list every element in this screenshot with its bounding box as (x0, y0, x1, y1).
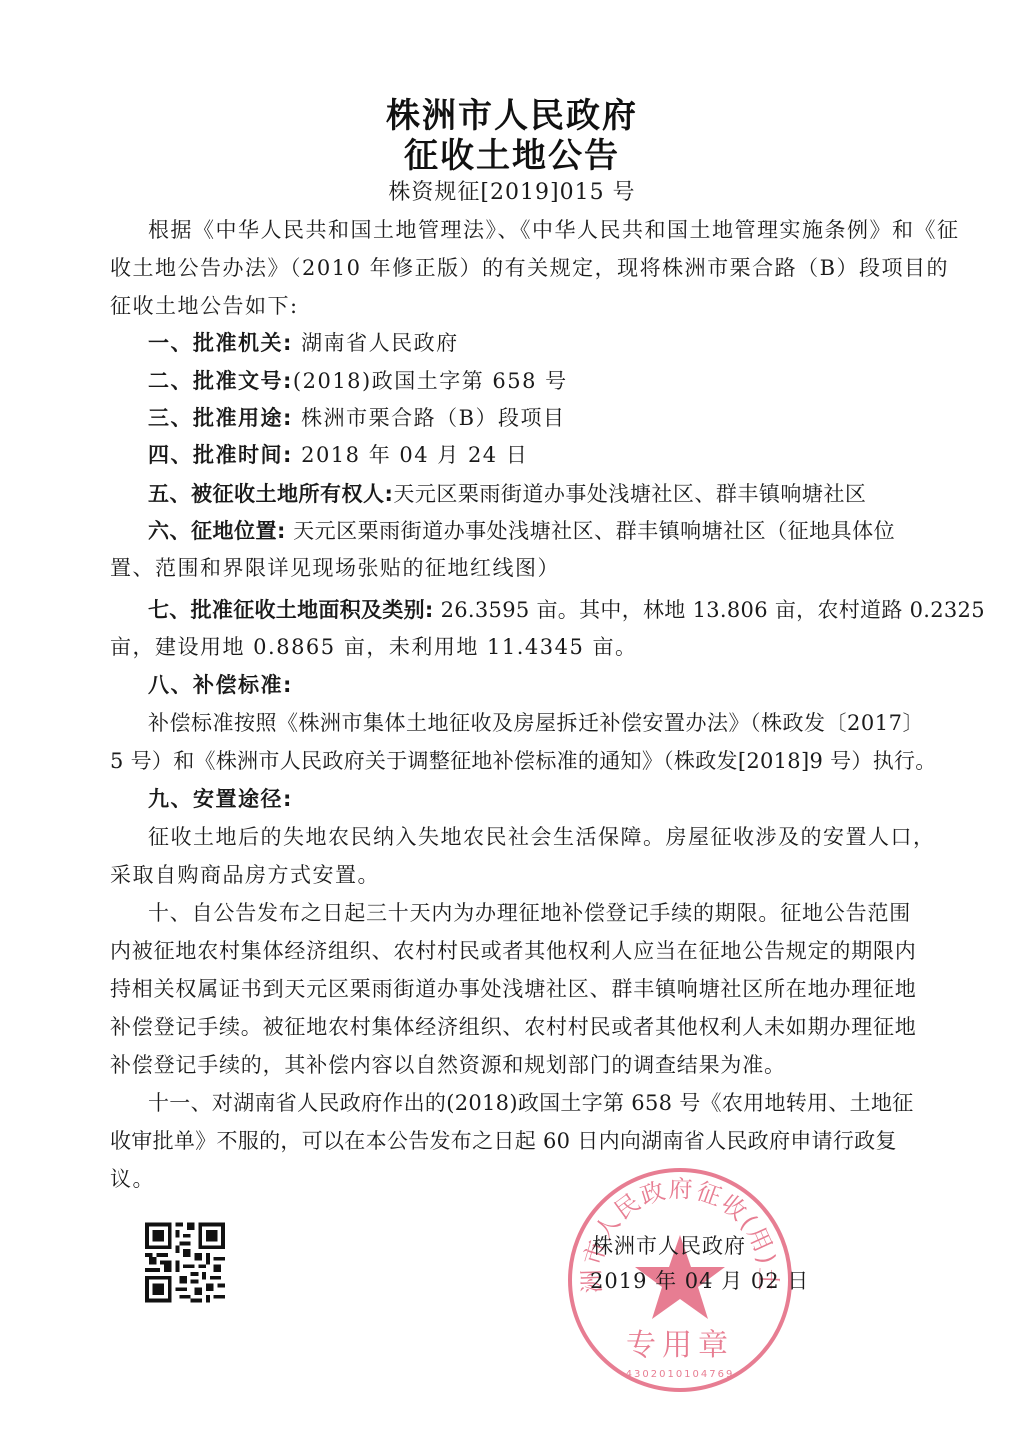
item-resettlement-line-2: 采取自购商品房方式安置。 (110, 862, 970, 888)
item-label: 九、安置途径: (148, 787, 293, 811)
issue-date: 2019 年 04 月 02 日 (590, 1265, 809, 1295)
item-location: 六、征地位置: 天元区栗雨街道办事处浅塘社区、群丰镇响塘社区（征地具体位 (148, 518, 1008, 544)
intro-line-3: 征收土地公告如下: (110, 293, 970, 319)
intro-line-1: 根据《中华人民共和国土地管理法》、《中华人民共和国土地管理实施条例》和《征 (148, 217, 970, 243)
item-label: 三、批准用途: (148, 406, 293, 430)
item-value: 湖南省人民政府 (293, 331, 459, 355)
item-value: 天元区栗雨街道办事处浅塘社区、群丰镇响塘社区 (393, 482, 866, 506)
svg-text:4302010104769: 4302010104769 (626, 1369, 735, 1380)
item-approval-purpose: 三、批准用途: 株洲市栗合路（B）段项目 (148, 405, 1008, 431)
item-resettlement-heading: 九、安置途径: (148, 786, 1008, 812)
svg-text:专用章: 专用章 (626, 1328, 734, 1363)
item-area-category: 七、批准征收土地面积及类别: 26.3595 亩。其中，林地 13.806 亩，… (148, 597, 1008, 623)
document-number: 株资规征[2019]015 号 (0, 175, 1024, 206)
item-label: 八、补偿标准: (148, 673, 293, 697)
item-label: 二、批准文号: (148, 369, 293, 393)
item-review-line-1: 十一、对湖南省人民政府作出的(2018)政国土字第 658 号《农用地转用、土地… (148, 1090, 1008, 1116)
item-registration-line-2: 内被征地农村集体经济组织、农村村民或者其他权利人应当在征地公告规定的期限内 (110, 938, 970, 964)
item-value: 2018 年 04 月 24 日 (293, 443, 528, 467)
item-registration-line-3: 持相关权属证书到天元区栗雨街道办事处浅塘社区、群丰镇响塘社区所在地办理征地 (110, 976, 970, 1002)
item-registration-line-5: 补偿登记手续的，其补偿内容以自然资源和规划部门的调查结果为准。 (110, 1052, 970, 1078)
item-compensation-heading: 八、补偿标准: (148, 672, 1008, 698)
item-land-owner: 五、被征收土地所有权人:天元区栗雨街道办事处浅塘社区、群丰镇响塘社区 (148, 481, 1008, 507)
notice-title: 征收土地公告 (0, 128, 1024, 177)
item-compensation-line-1: 补偿标准按照《株洲市集体土地征收及房屋拆迁补偿安置办法》（株政发〔2017〕 (148, 710, 1008, 736)
item-value: 天元区栗雨街道办事处浅塘社区、群丰镇响塘社区（征地具体位 (286, 519, 895, 543)
item-value: 26.3595 亩。其中，林地 13.806 亩，农村道路 0.2325 (434, 598, 985, 622)
item-value: 株洲市栗合路（B）段项目 (293, 406, 566, 430)
item-label: 四、批准时间: (148, 443, 293, 467)
item-review-line-3: 议。 (110, 1166, 970, 1192)
item-approval-number: 二、批准文号:(2018)政国土字第 658 号 (148, 368, 1008, 394)
item-registration-line-1: 十、自公告发布之日起三十天内为办理征地补偿登记手续的期限。征地公告范围 (148, 900, 1008, 926)
intro-line-2: 收土地公告办法》（2010 年修正版）的有关规定，现将株洲市栗合路（B）段项目的 (110, 255, 970, 281)
item-label: 七、批准征收土地面积及类别: (148, 598, 434, 622)
item-review-line-2: 收审批单》不服的，可以在本公告发布之日起 60 日内向湖南省人民政府申请行政复 (110, 1128, 970, 1154)
item-compensation-line-2: 5 号）和《株洲市人民政府关于调整征地补偿标准的通知》（株政发[2018]9 号… (110, 748, 970, 774)
item-approval-authority: 一、批准机关: 湖南省人民政府 (148, 330, 1008, 356)
item-approval-date: 四、批准时间: 2018 年 04 月 24 日 (148, 442, 1008, 468)
item-label: 五、被征收土地所有权人: (148, 482, 393, 506)
land-expropriation-notice: 株洲市人民政府 征收土地公告 株资规征[2019]015 号 根据《中华人民共和… (0, 0, 1024, 1449)
item-value: (2018)政国土字第 658 号 (293, 369, 568, 393)
item-label: 一、批准机关: (148, 331, 293, 355)
item-location-cont: 置、范围和界限详见现场张贴的征地红线图） (110, 555, 970, 581)
item-label: 六、征地位置: (148, 519, 286, 543)
item-area-category-cont: 亩，建设用地 0.8865 亩，未利用地 11.4345 亩。 (110, 634, 970, 660)
issuer-signature: 株洲市人民政府 (592, 1230, 746, 1260)
item-resettlement-line-1: 征收土地后的失地农民纳入失地农民社会生活保障。房屋征收涉及的安置人口， (148, 824, 1008, 850)
qr-code-icon[interactable] (145, 1220, 225, 1305)
item-registration-line-4: 补偿登记手续。被征地农村集体经济组织、农村村民或者其他权利人未如期办理征地 (110, 1014, 970, 1040)
